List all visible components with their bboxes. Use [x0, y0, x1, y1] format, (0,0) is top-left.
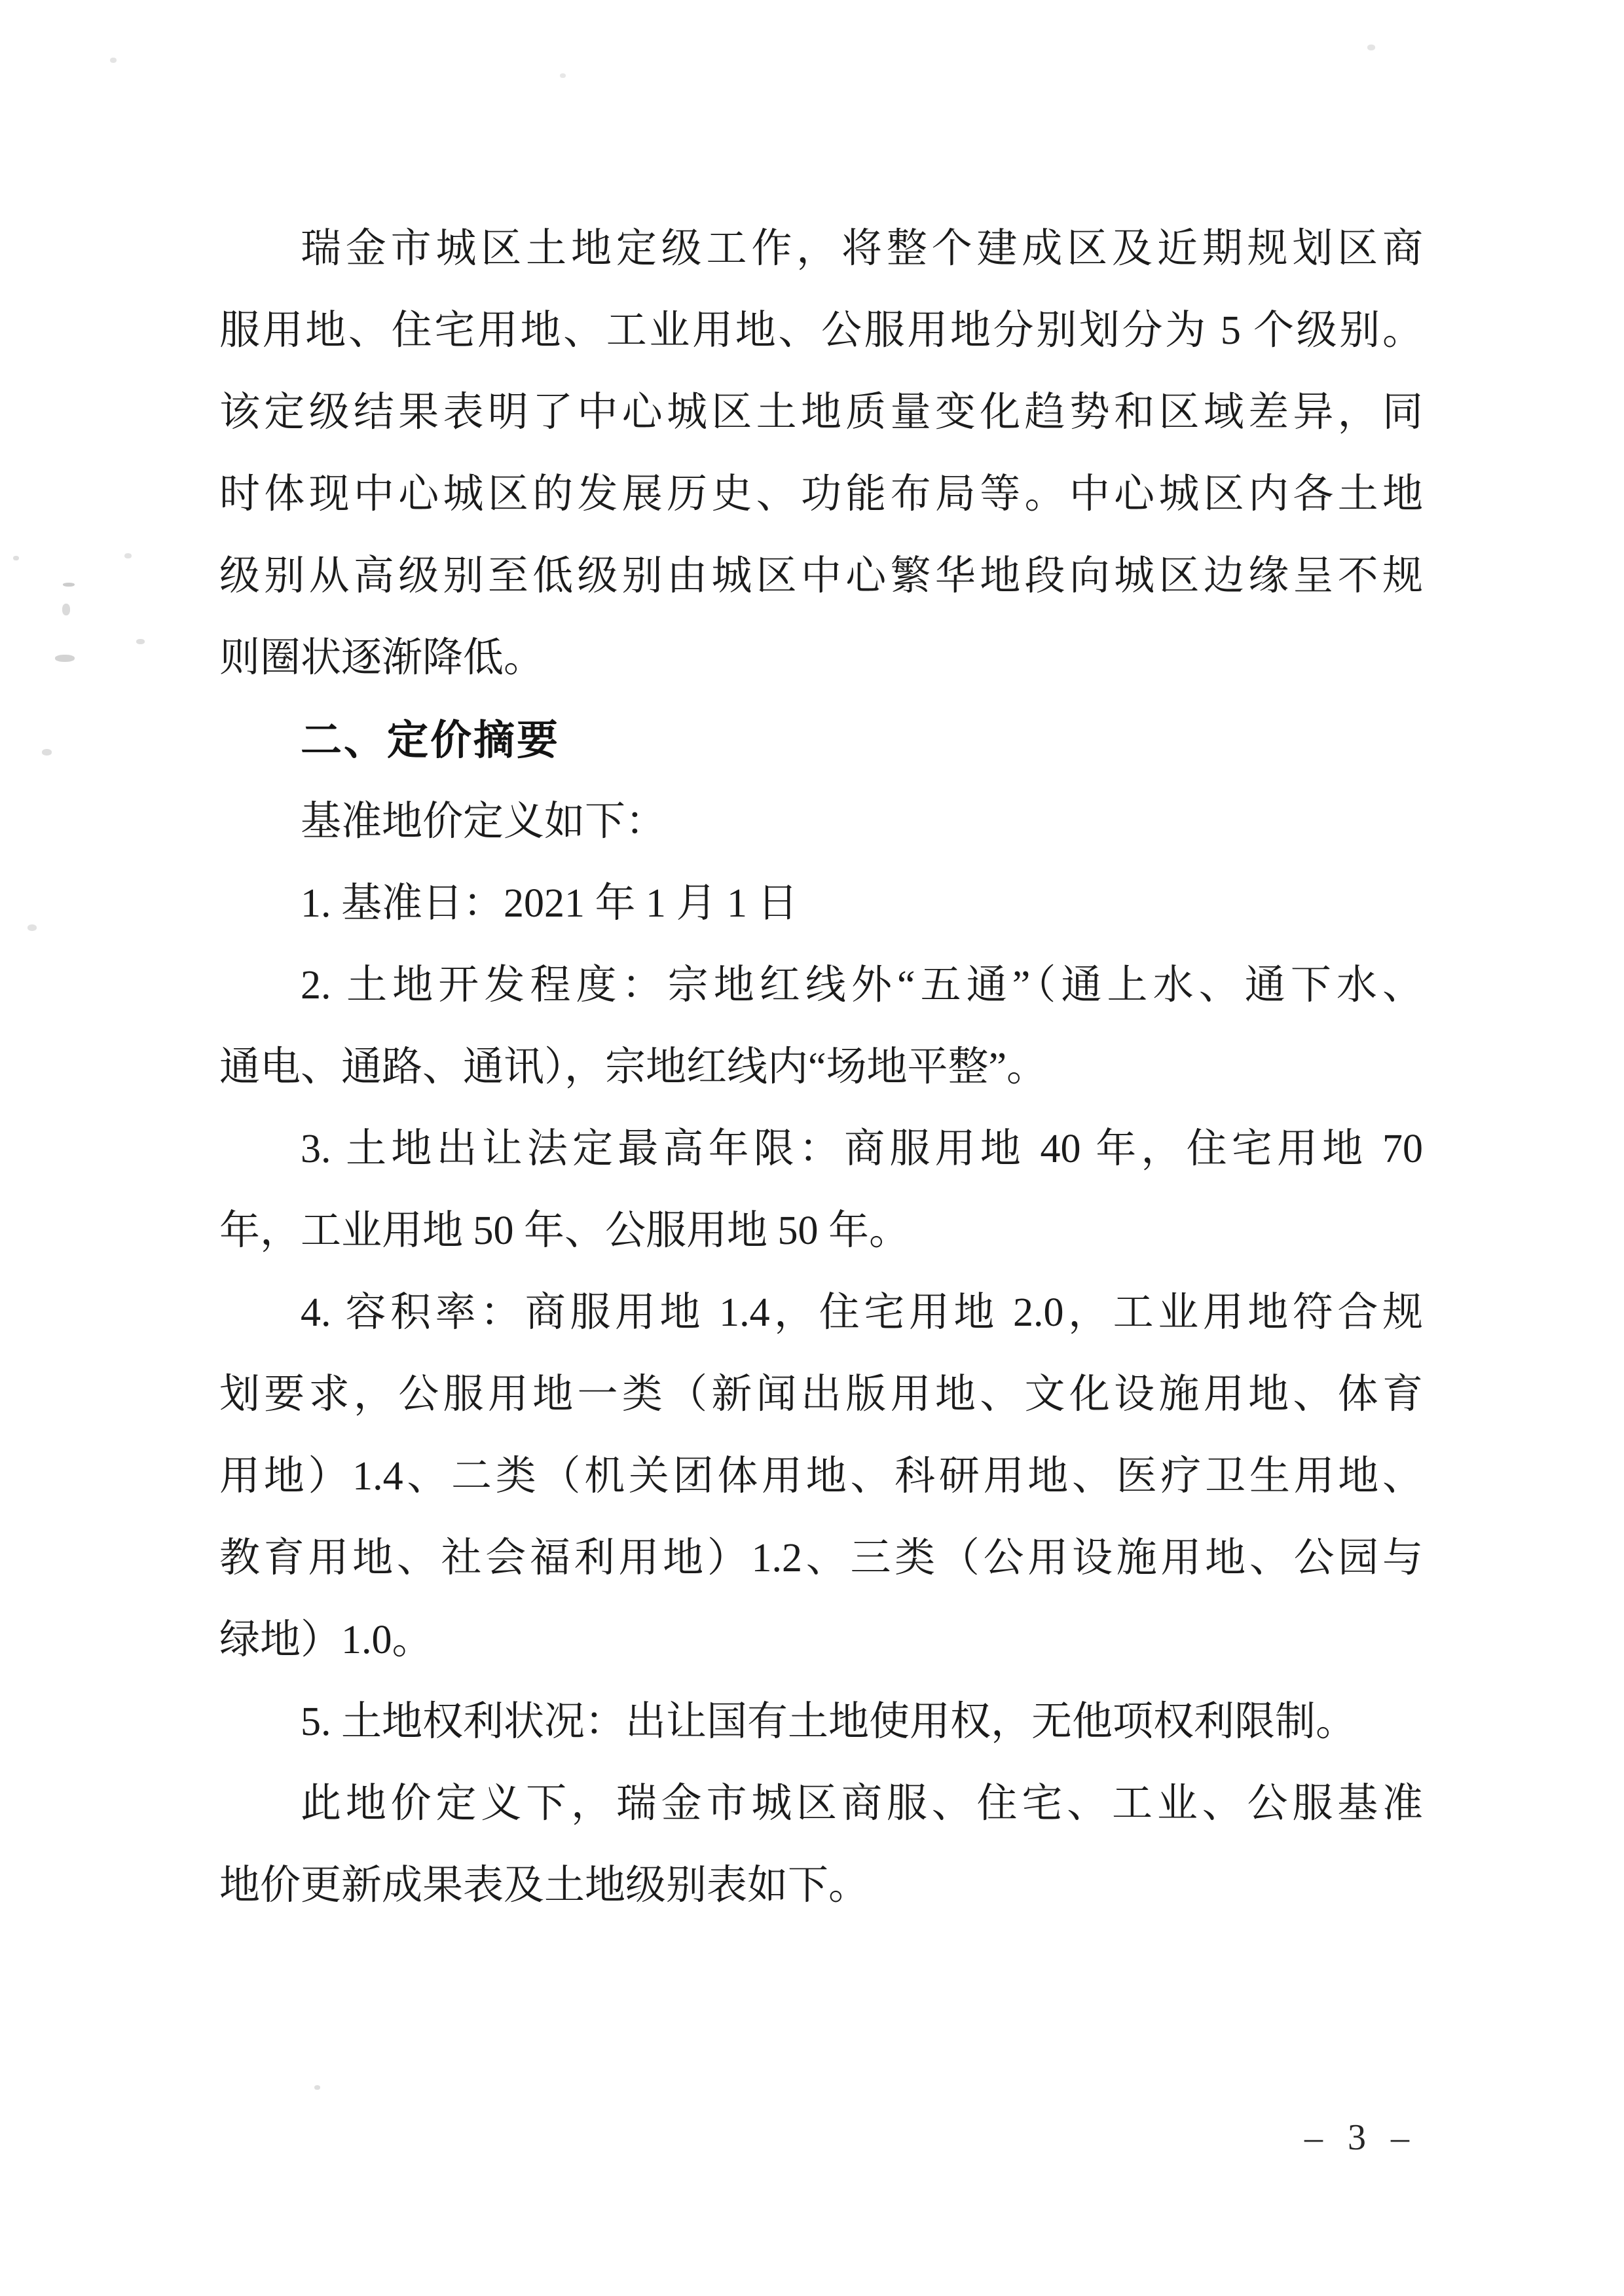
- text-line: 1. 基准日：2021 年 1 月 1 日: [219, 863, 1423, 945]
- text-line: 4. 容积率：商服用地 1.4，住宅用地 2.0，工业用地符合规: [219, 1272, 1423, 1354]
- text-line: 则圈状逐渐降低。: [219, 617, 1423, 699]
- scan-speck: [62, 604, 70, 615]
- text-line: 年，工业用地 50 年、公服用地 50 年。: [219, 1190, 1423, 1272]
- scan-speck: [136, 639, 145, 644]
- text-line: 5. 土地权利状况：出让国有土地使用权，无他项权利限制。: [219, 1681, 1423, 1763]
- scan-speck: [110, 58, 117, 63]
- section-heading: 二、定价摘要: [219, 699, 1423, 781]
- scanned-document-page: 瑞金市城区土地定级工作，将整个建成区及近期规划区商 服用地、住宅用地、工业用地、…: [0, 0, 1624, 2296]
- scan-speck: [1367, 45, 1375, 50]
- scan-speck: [63, 583, 75, 587]
- text-line: 划要求，公服用地一类（新闻出版用地、文化设施用地、体育: [219, 1354, 1423, 1436]
- page-number: – 3 –: [1304, 2116, 1417, 2159]
- text-line: 基准地价定义如下：: [219, 781, 1423, 863]
- text-line: 级别从高级别至低级别由城区中心繁华地段向城区边缘呈不规: [219, 536, 1423, 617]
- text-line: 此地价定义下，瑞金市城区商服、住宅、工业、公服基准: [219, 1763, 1423, 1845]
- text-line: 地价更新成果表及土地级别表如下。: [219, 1845, 1423, 1927]
- text-line: 教育用地、社会福利用地）1.2、三类（公用设施用地、公园与: [219, 1518, 1423, 1599]
- scan-speck: [55, 655, 75, 662]
- scan-speck: [42, 749, 52, 756]
- text-line: 3. 土地出让法定最高年限：商服用地 40 年，住宅用地 70: [219, 1108, 1423, 1190]
- scan-speck: [314, 2085, 320, 2090]
- text-line: 绿地）1.0。: [219, 1599, 1423, 1681]
- text-line: 服用地、住宅用地、工业用地、公服用地分别划分为 5 个级别。: [219, 290, 1423, 372]
- scan-speck: [28, 924, 37, 931]
- document-body: 瑞金市城区土地定级工作，将整个建成区及近期规划区商 服用地、住宅用地、工业用地、…: [219, 208, 1423, 1927]
- text-line: 瑞金市城区土地定级工作，将整个建成区及近期规划区商: [219, 208, 1423, 290]
- text-line: 通电、通路、通讯），宗地红线内“场地平整”。: [219, 1027, 1423, 1108]
- scan-speck: [124, 553, 132, 558]
- text-line: 时体现中心城区的发展历史、功能布局等。中心城区内各土地: [219, 454, 1423, 536]
- scan-speck: [13, 556, 19, 560]
- text-line: 用地）1.4、二类（机关团体用地、科研用地、医疗卫生用地、: [219, 1436, 1423, 1518]
- scan-speck: [560, 73, 566, 78]
- text-line: 该定级结果表明了中心城区土地质量变化趋势和区域差异，同: [219, 372, 1423, 454]
- text-line: 2. 土地开发程度：宗地红线外“五通”（通上水、通下水、: [219, 945, 1423, 1027]
